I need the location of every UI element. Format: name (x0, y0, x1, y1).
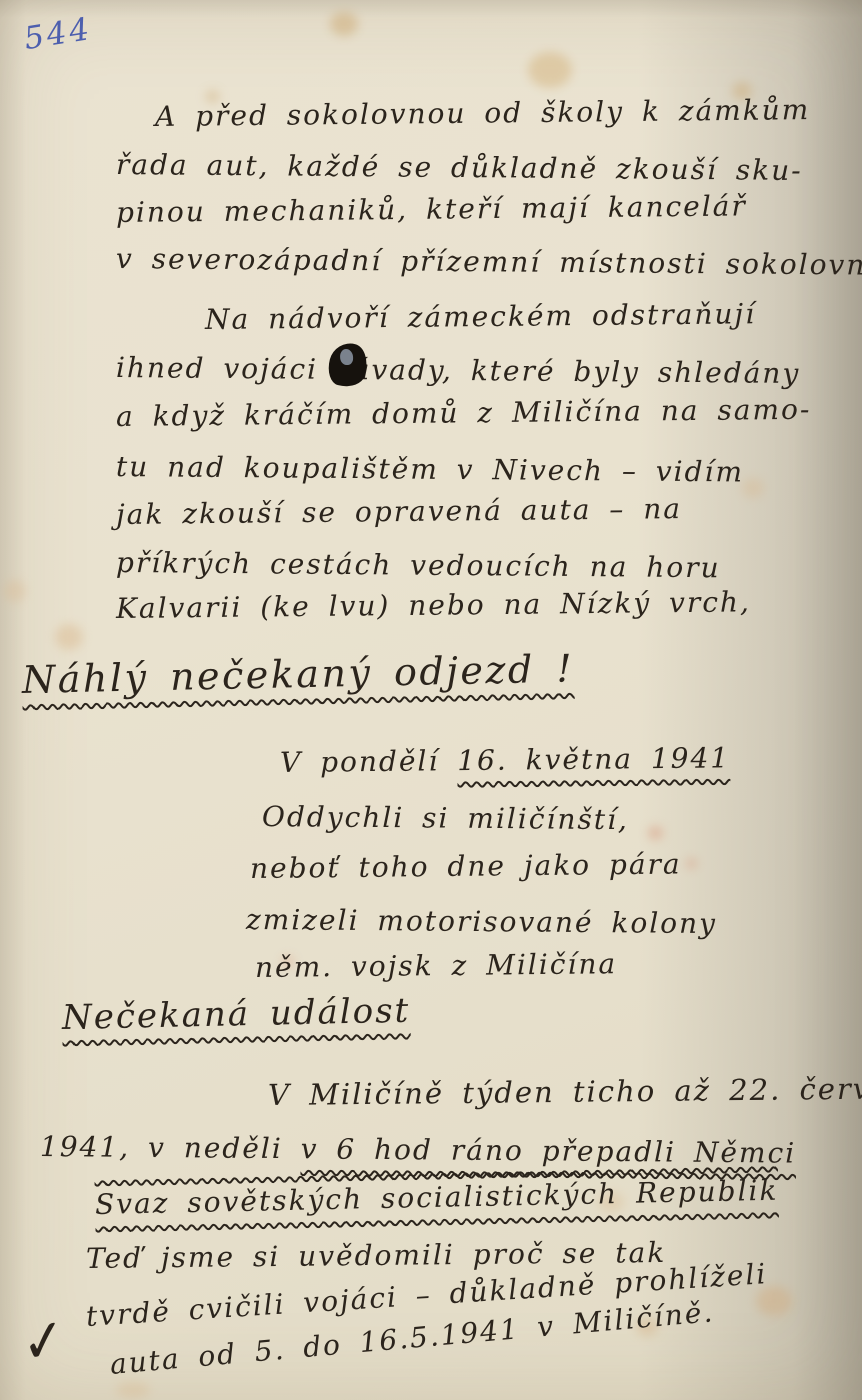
paper-stain (116, 1382, 150, 1398)
page-number: 544 (22, 11, 95, 57)
manuscript-line: 1941, v neděli v 6 hod ráno přepadli Něm… (40, 1130, 796, 1170)
paper-stain (55, 624, 83, 650)
paper-stain (330, 12, 358, 36)
manuscript-line: zmizeli motorisované kolony (246, 903, 717, 940)
manuscript-line: A před sokolovnou od školy k zámkům (155, 93, 811, 133)
heading-text: Náhlý nečekaný odjezd ! (22, 646, 575, 702)
line-text: které byly shledány (453, 354, 801, 390)
paper-stain (648, 826, 663, 840)
manuscript-line: v severozápadní přízemní místnosti sokol… (116, 242, 862, 282)
underlined-date: 16. května 1941 (457, 741, 730, 777)
manuscript-line: ihned vojáci závady, které byly shledány (116, 351, 801, 390)
manuscript-line: neboť toho dne jako pára (250, 847, 682, 885)
underlined-text: v 6 hod ráno přepadli Němci (301, 1132, 797, 1169)
line-text: V pondělí (280, 744, 458, 779)
manuscript-line: jak zkouší se opravená auta – na (116, 492, 682, 531)
manuscript-line: Na nádvoří zámeckém odstraňují (205, 297, 756, 336)
ink-blot: závady, (336, 353, 453, 387)
manuscript-line: V Miličíně týden ticho až 22. června (268, 1071, 862, 1112)
line-text: ihned vojáci (116, 351, 336, 386)
manuscript-line: Oddychli si miličínští, (262, 800, 629, 836)
manuscript-line: tu nad koupalištěm v Nivech – vidím (116, 450, 744, 488)
manuscript-line: Kalvarii (ke lvu) nebo na Nízký vrch, (116, 585, 751, 625)
manuscript-line: Svaz sovětských socialistických Republik (95, 1174, 779, 1221)
manuscript-page: 544 A před sokolovnou od školy k zámkům … (0, 0, 862, 1400)
paper-stain (4, 580, 26, 602)
manuscript-line: příkrých cestách vedoucích na horu (116, 546, 721, 584)
paper-stain (742, 478, 764, 498)
section-heading: Náhlý nečekaný odjezd ! (22, 646, 575, 702)
manuscript-line: něm. vojsk z Miličína (255, 947, 617, 984)
checkmark-annotation: ✓ (19, 1305, 70, 1378)
manuscript-line: řada aut, každé se důkladně zkouší sku- (116, 148, 803, 187)
manuscript-line: a když kráčím domů z Miličína na samo- (116, 393, 812, 433)
manuscript-line: pinou mechaniků, kteří mají kancelář (116, 189, 747, 229)
heading-text: Nečekaná událost (62, 991, 411, 1038)
double-underlined-text: Svaz sovětských socialistických Republik (95, 1174, 779, 1221)
line-text: 1941, v neděli (40, 1130, 301, 1165)
blotted-word: závady, (336, 353, 453, 387)
manuscript-line: V pondělí 16. května 1941 (280, 741, 730, 779)
paper-stain (686, 858, 697, 869)
section-heading: Nečekaná událost (62, 991, 411, 1038)
paper-stain (528, 52, 572, 88)
